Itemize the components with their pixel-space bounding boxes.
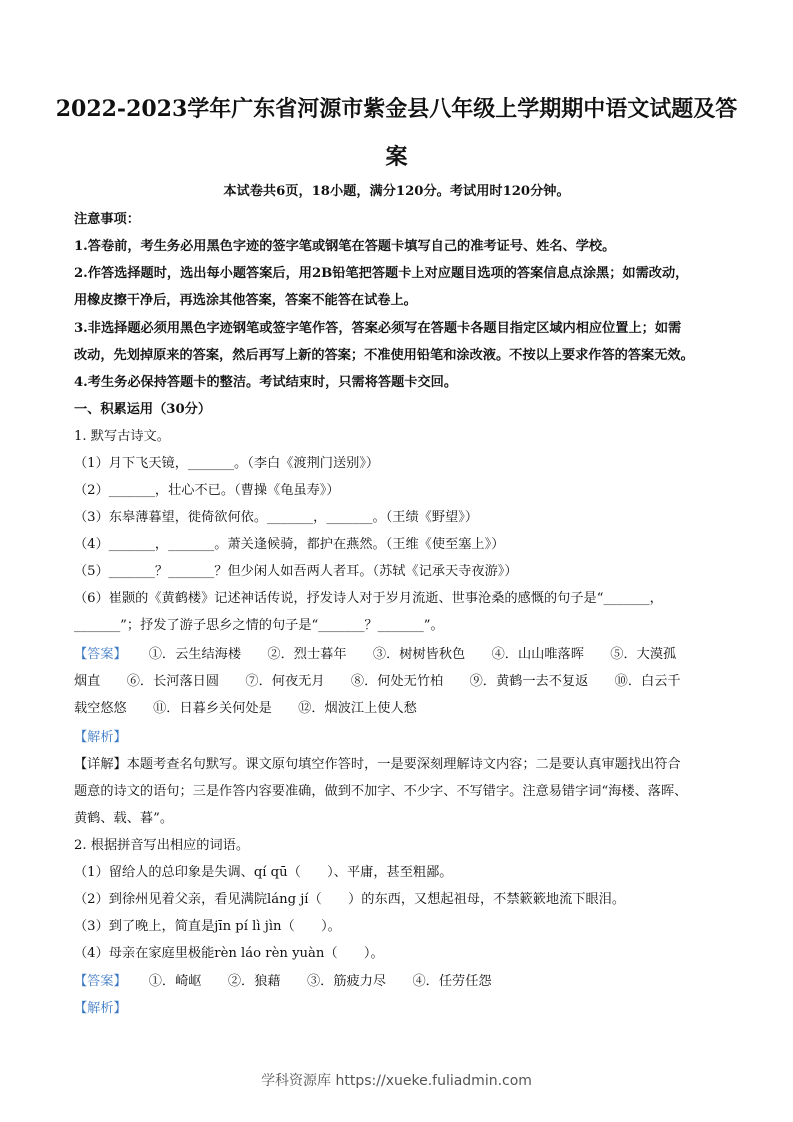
- notice-item: 4.考生务必保持答题卡的整洁。考试结束时，只需将答题卡交回。: [74, 371, 741, 390]
- analysis-label: 【解析】: [74, 726, 741, 745]
- notice-item: 2.作答选择题时，选出每小题答案后，用2B铅笔把答题卡上对应题目选项的答案信息点…: [74, 262, 741, 281]
- document-title-line1: 2022-2023学年广东省河源市紫金县八年级上学期期中语文试题及答: [0, 92, 793, 123]
- question-1-part: （4）_______，_______。萧关逢候骑，都护在燕然。（王维《使至塞上》…: [74, 533, 741, 552]
- question-2-stem: 2. 根据拼音写出相应的词语。: [74, 834, 741, 853]
- notice-item: 改动，先划掉原来的答案，然后再写上新的答案；不准使用铅笔和涂改液。不按以上要求作…: [74, 344, 741, 363]
- answer-text: ①．云生结海楼 ②．烈士暮年 ③．树树皆秋色 ④．山山唯落晖 ⑤．大漠孤: [149, 647, 677, 662]
- question-1-part: （2）_______，壮心不已。（曹操《龟虽寿》）: [74, 479, 741, 498]
- exam-subtitle: 本试卷共6页，18小题，满分120分。考试用时120分钟。: [0, 180, 793, 199]
- detail-text: 题意的诗文的语句；三是作答内容要准确，做到不加字、不少字、不写错字。注意易错字词…: [74, 780, 741, 799]
- question-2-part: （3）到了晚上，简直是jīn pí lì jìn（ ）。: [74, 915, 741, 934]
- detail-text: 黄鹤、载、暮”。: [74, 807, 741, 826]
- question-1-stem: 1. 默写古诗文。: [74, 425, 741, 444]
- notice-item: 1.答卷前，考生务必用黑色字迹的签字笔或钢笔在答题卡填写自己的准考证号、姓名、学…: [74, 235, 741, 254]
- analysis-label: 【解析】: [74, 997, 741, 1016]
- answer-text: ①．崎岖 ②．狼藉 ③．筋疲力尽 ④．任劳任怨: [149, 974, 492, 989]
- answer-label: 【答案】: [74, 647, 127, 662]
- answer-text: 载空悠悠 ⑪．日暮乡关何处是 ⑫．烟波江上使人愁: [74, 697, 741, 716]
- question-1-part: _______”；抒发了游子思乡之情的句子是“_______？_______”。: [74, 614, 741, 633]
- answer-text: 烟直 ⑥．长河落日圆 ⑦．何夜无月 ⑧．何处无竹柏 ⑨．黄鹤一去不复返 ⑩．白云…: [74, 670, 741, 689]
- answer-row: 【答案】①．崎岖 ②．狼藉 ③．筋疲力尽 ④．任劳任怨: [74, 970, 741, 989]
- footer-watermark: 学科资源库 https://xueke.fuliadmin.com: [0, 1070, 793, 1090]
- detail-text: 【详解】本题考查名句默写。课文原句填空作答时，一是要深刻理解诗文内容；二是要认真…: [74, 753, 741, 772]
- document-title-line2: 案: [0, 140, 793, 171]
- question-1-part: （1）月下飞天镜，_______。（李白《渡荆门送别》）: [74, 452, 741, 471]
- question-2-part: （4）母亲在家庭里极能rèn láo rèn yuàn（ ）。: [74, 942, 741, 961]
- question-2-part: （1）留给人的总印象是失调、qí qū（ ）、平庸，甚至粗鄙。: [74, 861, 741, 880]
- notice-heading: 注意事项：: [74, 208, 741, 227]
- question-1-part: （3）东皋薄暮望，徙倚欲何依。_______，_______。（王绩《野望》）: [74, 506, 741, 525]
- answer-row: 【答案】①．云生结海楼 ②．烈士暮年 ③．树树皆秋色 ④．山山唯落晖 ⑤．大漠孤: [74, 643, 741, 662]
- question-1-part: （6）崔颢的《黄鹤楼》记述神话传说，抒发诗人对于岁月流逝、世事沧桑的感慨的句子是…: [74, 587, 741, 606]
- section-heading: 一、积累运用（30分）: [74, 398, 741, 417]
- answer-label: 【答案】: [74, 974, 127, 989]
- question-1-part: （5）_______？_______？但少闲人如吾两人者耳。（苏轼《记承天寺夜游…: [74, 560, 741, 579]
- question-2-part: （2）到徐州见着父亲，看见满院láng jí（ ）的东西，又想起祖母，不禁簌簌地…: [74, 888, 741, 907]
- notice-item: 用橡皮擦干净后，再选涂其他答案，答案不能答在试卷上。: [74, 289, 741, 308]
- notice-item: 3.非选择题必须用黑色字迹钢笔或签字笔作答，答案必须写在答题卡各题目指定区域内相…: [74, 317, 741, 336]
